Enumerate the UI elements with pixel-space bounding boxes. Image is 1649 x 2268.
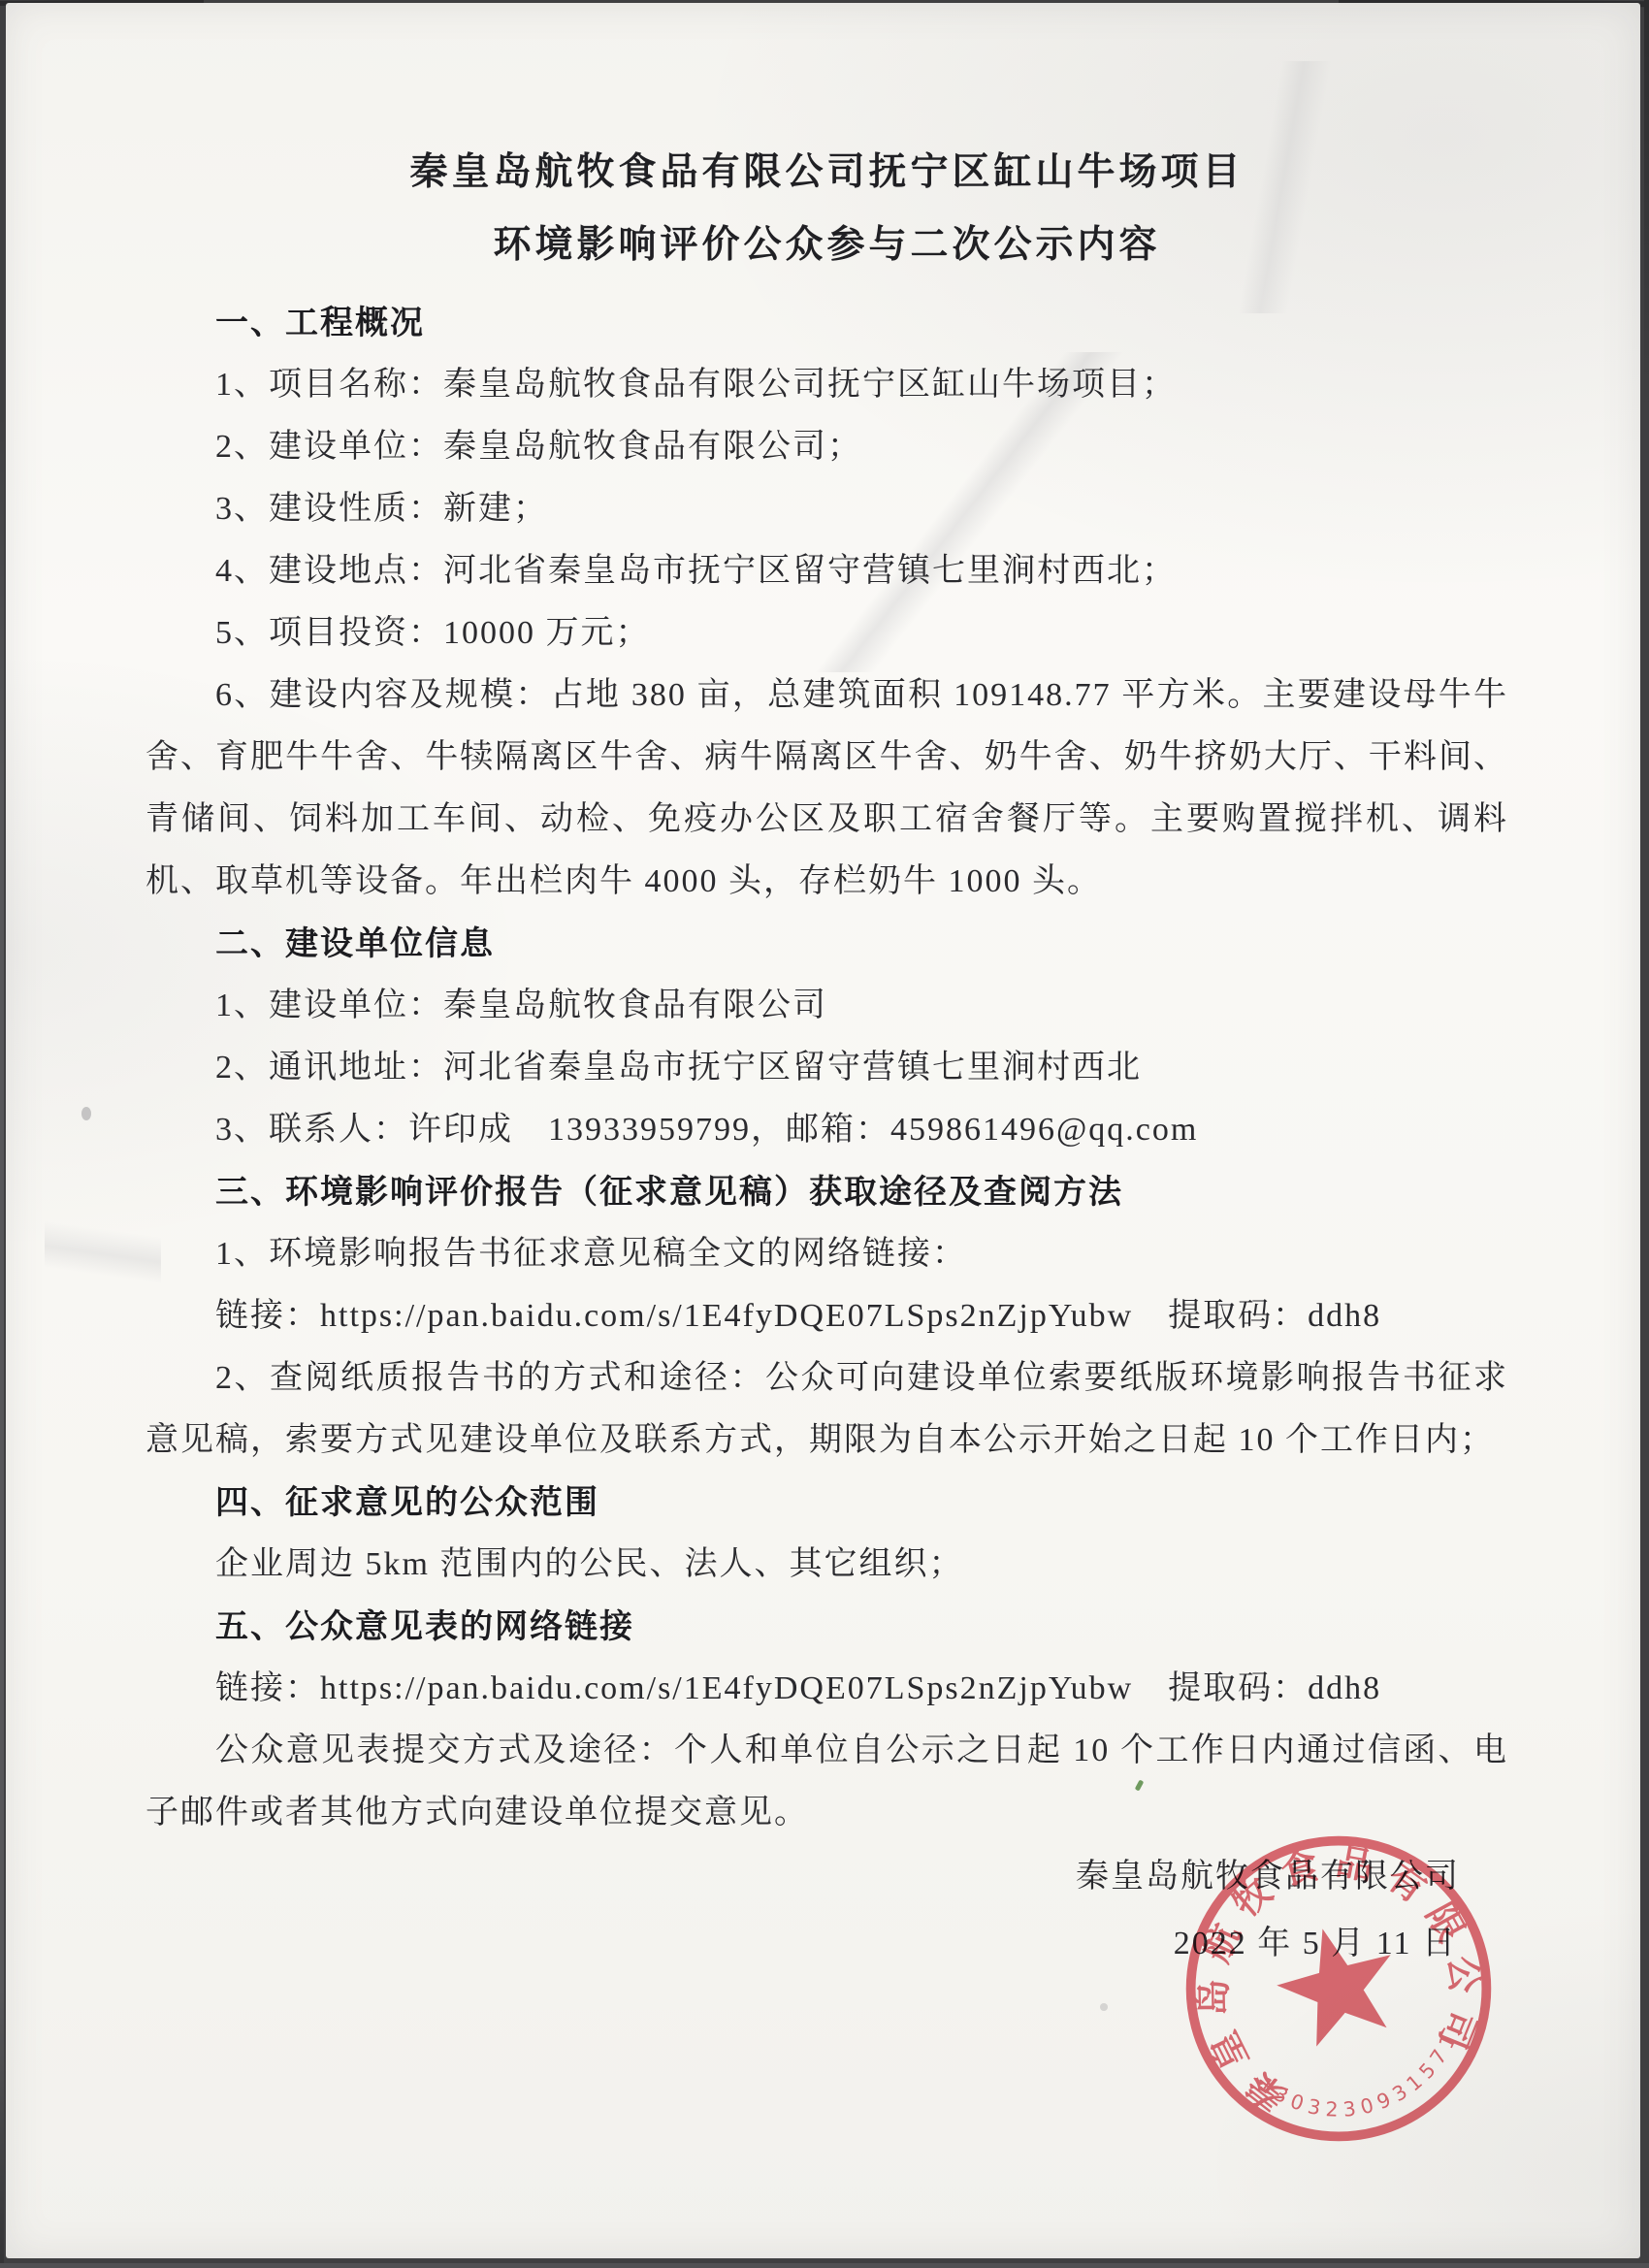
contact-line: 3、联系人：许印成 13933959799，邮箱：459861496@qq.co… [145, 1099, 1508, 1161]
title-spacer [145, 281, 1508, 292]
scan-edge-bottom [0, 2263, 1649, 2268]
section-heading-3: 三、环境影响评价报告（征求意见稿）获取途径及查阅方法 [145, 1161, 1508, 1223]
paper-speck [1100, 2003, 1108, 2011]
scan-edge-right [1644, 0, 1649, 407]
report-link-line: 链接：https://pan.baidu.com/s/1E4fyDQE07LSp… [145, 1285, 1508, 1347]
list-item: 2、查阅纸质报告书的方式和途径：公众可向建设单位索要纸版环境影响报告书征求意见稿… [145, 1347, 1508, 1472]
list-item: 企业周边 5km 范围内的公民、法人、其它组织； [145, 1534, 1508, 1596]
section-heading-5: 五、公众意见表的网络链接 [145, 1596, 1508, 1658]
paper-sheet: 秦皇岛航牧食品有限公司抚宁区缸山牛场项目 环境影响评价公众参与二次公示内容 一、… [6, 3, 1640, 2258]
paper-crease [45, 1051, 161, 1458]
document-title-line1: 秦皇岛航牧食品有限公司抚宁区缸山牛场项目 [145, 136, 1508, 209]
stamp-star-icon [1266, 1914, 1408, 2053]
list-item: 6、建设内容及规模：占地 380 亩，总建筑面积 109148.77 平方米。主… [145, 664, 1508, 913]
section-heading-4: 四、征求意见的公众范围 [145, 1472, 1508, 1534]
section-heading-2: 二、建设单位信息 [145, 913, 1508, 975]
scan-edge-left [0, 417, 4, 2268]
document-body: 秦皇岛航牧食品有限公司抚宁区缸山牛场项目 环境影响评价公众参与二次公示内容 一、… [145, 136, 1508, 1844]
feedback-link-line: 链接：https://pan.baidu.com/s/1E4fyDQE07LSp… [145, 1658, 1508, 1720]
list-item: 2、建设单位：秦皇岛航牧食品有限公司； [145, 416, 1508, 478]
scanned-document-page: 秦皇岛航牧食品有限公司抚宁区缸山牛场项目 环境影响评价公众参与二次公示内容 一、… [0, 0, 1649, 2268]
list-item: 3、建设性质：新建； [145, 478, 1508, 540]
list-item: 5、项目投资：10000 万元； [145, 602, 1508, 664]
section-heading-1: 一、工程概况 [145, 292, 1508, 354]
list-item: 1、环境影响报告书征求意见稿全文的网络链接： [145, 1223, 1508, 1285]
paper-speck [81, 1107, 91, 1120]
list-item: 1、建设单位：秦皇岛航牧食品有限公司 [145, 975, 1508, 1037]
list-item: 1、项目名称：秦皇岛航牧食品有限公司抚宁区缸山牛场项目； [145, 354, 1508, 416]
list-item: 4、建设地点：河北省秦皇岛市抚宁区留守营镇七里涧村西北； [145, 540, 1508, 602]
document-title-line2: 环境影响评价公众参与二次公示内容 [145, 209, 1508, 281]
list-item: 2、通讯地址：河北省秦皇岛市抚宁区留守营镇七里涧村西北 [145, 1037, 1508, 1099]
